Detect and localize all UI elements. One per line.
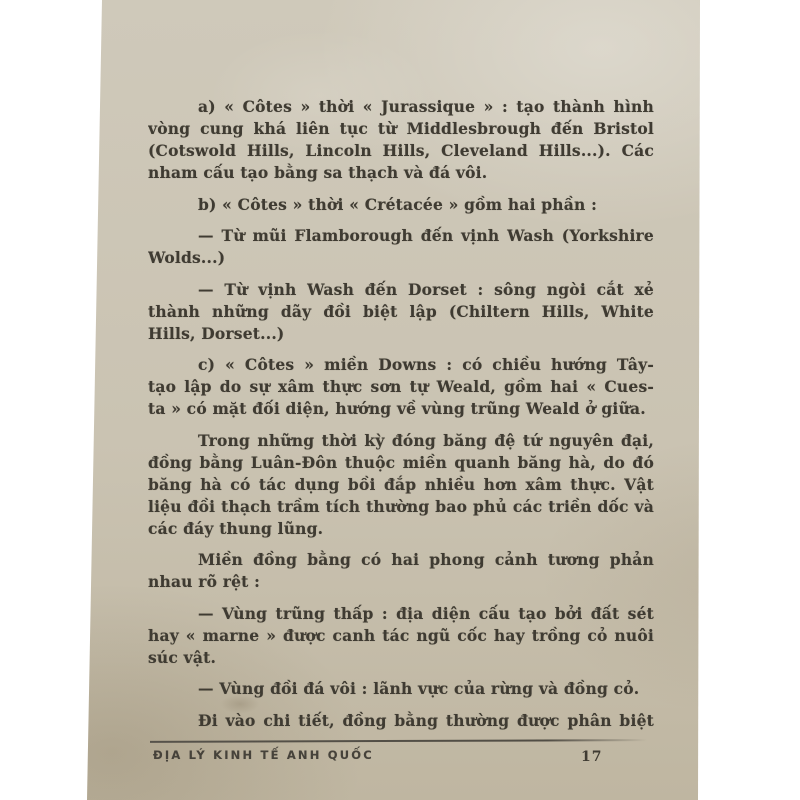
paragraph: Trong những thời kỳ đóng băng đệ tứ nguy… xyxy=(148,430,654,540)
text-line: tạo lập do sự xâm thực sơn tự Weald, gồm… xyxy=(148,376,654,398)
text-line: Wolds...) xyxy=(148,247,654,269)
text-line: — Từ vịnh Wash đến Dorset : sông ngòi cắ… xyxy=(148,279,654,301)
text-line: Trong những thời kỳ đóng băng đệ tứ nguy… xyxy=(148,430,654,452)
paragraph: — Vùng đồi đá vôi : lãnh vực của rừng và… xyxy=(148,678,654,700)
paragraph: — Từ mũi Flamborough đến vịnh Wash (York… xyxy=(148,225,654,269)
text-line: a) « Côtes » thời « Jurassique » : tạo t… xyxy=(148,96,654,118)
text-line: (Cotswold Hills, Lincoln Hills, Clevelan… xyxy=(148,140,654,162)
text-line: ta » có mặt đối diện, hướng về vùng trũn… xyxy=(148,398,654,420)
paragraph: a) « Côtes » thời « Jurassique » : tạo t… xyxy=(148,96,654,184)
text-line: nham cấu tạo bằng sa thạch và đá vôi. xyxy=(148,162,654,184)
text-line: băng hà có tác dụng bồi đắp nhiều hơn xâ… xyxy=(148,474,654,496)
book-page-photo: a) « Côtes » thời « Jurassique » : tạo t… xyxy=(0,0,800,800)
text-line: — Vùng trũng thấp : địa diện cấu tạo bởi… xyxy=(148,603,654,625)
text-line: b) « Côtes » thời « Crétacée » gồm hai p… xyxy=(148,194,654,216)
text-line: đồng bằng Luân-Đôn thuộc miền quanh băng… xyxy=(148,452,654,474)
text-line: liệu đồi thạch trầm tích thường bao phủ … xyxy=(148,496,654,518)
paragraph: — Vùng trũng thấp : địa diện cấu tạo bởi… xyxy=(148,603,654,669)
paragraph: Miền đồng bằng có hai phong cảnh tương p… xyxy=(148,549,654,593)
text-line: c) « Côtes » miền Downs : có chiều hướng… xyxy=(148,354,654,376)
text-line: — Vùng đồi đá vôi : lãnh vực của rừng và… xyxy=(148,678,654,700)
text-line: Đi vào chi tiết, đồng bằng thường được p… xyxy=(148,710,654,732)
paragraph: c) « Côtes » miền Downs : có chiều hướng… xyxy=(148,354,654,420)
text-line: các đáy thung lũng. xyxy=(148,518,654,540)
text-line: Miền đồng bằng có hai phong cảnh tương p… xyxy=(148,549,654,571)
paragraph: Đi vào chi tiết, đồng bằng thường được p… xyxy=(148,710,654,732)
footer-divider xyxy=(150,739,647,743)
text-line: — Từ mũi Flamborough đến vịnh Wash (York… xyxy=(148,225,654,247)
text-line: hay « marne » được canh tác ngũ cốc hay … xyxy=(148,625,654,647)
paragraph: — Từ vịnh Wash đến Dorset : sông ngòi cắ… xyxy=(148,279,654,345)
text-line: súc vật. xyxy=(148,647,654,669)
text-line: vòng cung khá liên tục từ Middlesbrough … xyxy=(148,118,654,140)
text-line: nhau rõ rệt : xyxy=(148,571,654,593)
page-text: a) « Côtes » thời « Jurassique » : tạo t… xyxy=(148,96,654,741)
paragraphs-container: a) « Côtes » thời « Jurassique » : tạo t… xyxy=(148,96,654,732)
text-line: Hills, Dorset...) xyxy=(148,323,654,345)
footer-book-title: ĐỊA LÝ KINH TẾ ANH QUỐC xyxy=(153,748,374,762)
page-number: 17 xyxy=(581,749,602,765)
text-line: thành những dãy đồi biệt lập (Chiltern H… xyxy=(148,301,654,323)
paragraph: b) « Côtes » thời « Crétacée » gồm hai p… xyxy=(148,194,654,216)
